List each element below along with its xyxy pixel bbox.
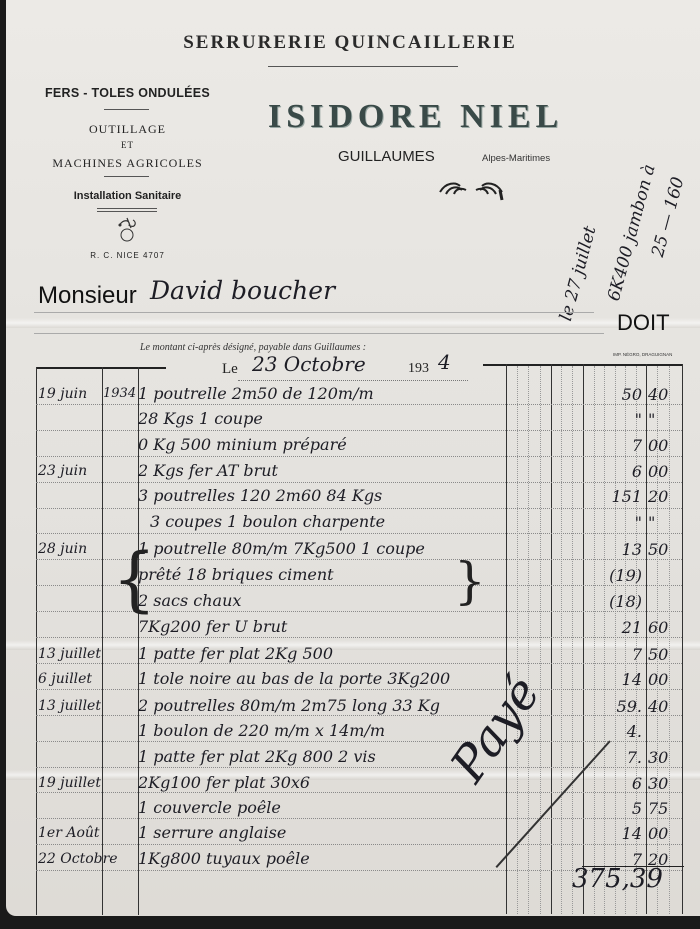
- company-name: ISIDORE NIEL: [268, 98, 563, 136]
- right-brace: }: [454, 552, 486, 610]
- address-line: [34, 333, 604, 334]
- left-brace: {: [112, 538, 157, 620]
- row-description: 2 Kgs fer AT brut: [138, 461, 278, 480]
- row-francs: 151: [582, 487, 642, 506]
- year-prefix: 193: [408, 361, 429, 377]
- row-francs: 21: [582, 618, 642, 637]
- table-row: 23 juin 2 Kgs fer AT brut 6 00: [36, 460, 696, 485]
- registration-number: R. C. NICE 4707: [20, 251, 235, 260]
- row-centimes: 60: [648, 618, 668, 637]
- row-date: 6 juillet: [38, 671, 92, 687]
- town-name: GUILLAUMES: [338, 148, 435, 165]
- row-centimes: ": [648, 410, 655, 429]
- row-centimes: 40: [648, 697, 668, 716]
- row-description: 1 patte fer plat 2Kg 800 2 vis: [138, 747, 376, 766]
- table-top-rule-left: [36, 367, 166, 369]
- table-row: 3 poutrelles 120 2m60 84 Kgs 151 20: [36, 485, 696, 510]
- divider: [104, 109, 149, 110]
- row-centimes: 30: [648, 774, 668, 793]
- row-date: 19 juin: [38, 386, 87, 402]
- row-centimes: 00: [648, 824, 668, 843]
- address-line: [34, 312, 594, 313]
- row-date: 22 Octobre: [38, 851, 118, 867]
- client-name: David boucher: [150, 276, 335, 305]
- printer-credit: IMP. NÉGRO, DRAGUIGNAN: [613, 352, 672, 357]
- region-name: Alpes-Maritimes: [482, 153, 550, 164]
- invoice-date: 23 Octobre: [252, 352, 366, 376]
- row-centimes: 40: [648, 385, 668, 404]
- row-description: 1 poutrelle 2m50 de 120m/m: [138, 384, 374, 403]
- row-francs: 59.: [582, 697, 642, 716]
- row-description: 1 patte fer plat 2Kg 500: [138, 644, 333, 663]
- table-row: 28 Kgs 1 coupe " ": [36, 408, 696, 433]
- row-francs: 4.: [582, 722, 642, 741]
- table-row: 1er Août 1 serrure anglaise 14 00: [36, 822, 696, 847]
- row-description: 1 tole noire au bas de la porte 3Kg200: [138, 669, 450, 688]
- row-description: 1Kg800 tuyaux poêle: [138, 849, 310, 868]
- table-row: 13 juillet 1 patte fer plat 2Kg 500 7 50: [36, 643, 696, 668]
- row-centimes: 20: [648, 487, 668, 506]
- salutation: Monsieur: [38, 282, 137, 310]
- row-francs: 5: [582, 799, 642, 818]
- letterhead-line-machines: MACHINES AGRICOLES: [20, 156, 235, 171]
- table-row: 1 couvercle poêle 5 75: [36, 797, 696, 822]
- row-date: 19 juillet: [38, 775, 101, 791]
- row-francs: 50: [582, 385, 642, 404]
- table-row: 13 juillet 2 poutrelles 80m/m 2m75 long …: [36, 695, 696, 720]
- row-description: 1 poutrelle 80m/m 7Kg500 1 coupe: [138, 539, 425, 558]
- row-centimes: 50: [648, 540, 668, 559]
- letterhead-line-et: ET: [20, 140, 235, 150]
- year-suffix: 4: [438, 350, 451, 374]
- row-francs: 14: [582, 670, 642, 689]
- row-description: 2Kg100 fer plat 30x6: [138, 773, 310, 792]
- row-francs: 7: [582, 436, 642, 455]
- divider: [104, 176, 149, 177]
- letterhead-line-sanitaire: Installation Sanitaire: [20, 190, 235, 202]
- row-description: 0 Kg 500 minium préparé: [138, 435, 347, 454]
- row-description: 28 Kgs 1 coupe: [138, 409, 263, 428]
- row-date: 13 juillet: [38, 698, 101, 714]
- row-francs: ": [582, 410, 642, 429]
- row-centimes: 00: [648, 436, 668, 455]
- row-francs: 6: [582, 462, 642, 481]
- row-date: 28 juin: [38, 541, 87, 557]
- row-description: 1 boulon de 220 m/m x 14m/m: [138, 721, 385, 740]
- table-row: 1 patte fer plat 2Kg 800 2 vis 7. 30: [36, 746, 696, 771]
- table-row: 19 juillet 2Kg100 fer plat 30x6 6 30: [36, 772, 696, 797]
- row-francs: ": [582, 513, 642, 532]
- row-centimes: 30: [648, 748, 668, 767]
- row-centimes: 50: [648, 645, 668, 664]
- date-line: [238, 380, 468, 381]
- row-francs: 14: [582, 824, 642, 843]
- row-centimes: ": [648, 513, 655, 532]
- double-rule: [97, 208, 157, 212]
- heading-ornament-rule: [268, 66, 458, 67]
- row-description: prêté 18 briques ciment: [138, 565, 334, 584]
- row-date: 13 juillet: [38, 646, 101, 662]
- monogram-emblem-icon: [113, 214, 143, 244]
- row-description: 2 poutrelles 80m/m 2m75 long 33 Kg: [138, 696, 440, 715]
- row-description: 3 coupes 1 boulon charpente: [150, 512, 385, 531]
- row-date: 1er Août: [38, 825, 100, 841]
- row-centimes: 00: [648, 462, 668, 481]
- row-centimes: 00: [648, 670, 668, 689]
- row-centimes: 75: [648, 799, 668, 818]
- table-row: 1 boulon de 220 m/m x 14m/m 4.: [36, 720, 696, 745]
- row-francs: (19): [582, 566, 642, 585]
- row-date: 23 juin: [38, 463, 87, 479]
- table-row: 3 coupes 1 boulon charpente " ": [36, 511, 696, 536]
- letterhead-line-outillage: OUTILLAGE: [20, 122, 235, 137]
- paper-fold: [6, 318, 700, 328]
- row-francs: 6: [582, 774, 642, 793]
- row-francs: (18): [582, 592, 642, 611]
- table-row: 0 Kg 500 minium préparé 7 00: [36, 434, 696, 459]
- table-row: 7Kg200 fer U brut 21 60: [36, 616, 696, 641]
- fleuron-ornament-icon: [436, 178, 506, 207]
- invoice-total: 375,39: [572, 864, 663, 894]
- row-francs: 7.: [582, 748, 642, 767]
- row-description: 3 poutrelles 120 2m60 84 Kgs: [138, 486, 382, 505]
- table-row: 6 juillet 1 tole noire au bas de la port…: [36, 668, 696, 693]
- row-francs: 7: [582, 645, 642, 664]
- row-description: 1 serrure anglaise: [138, 823, 286, 842]
- doit-label: DOIT: [617, 310, 670, 336]
- date-prefix: Le: [222, 361, 238, 378]
- letterhead-line-fers: FERS - TOLES ONDULÉES: [20, 86, 235, 100]
- row-year: 1934: [103, 386, 136, 401]
- trade-heading: SERRURERIE QUINCAILLERIE: [0, 32, 700, 54]
- row-francs: 13: [582, 540, 642, 559]
- table-row: 19 juin 1934 1 poutrelle 2m50 de 120m/m …: [36, 383, 696, 408]
- row-description: 1 couvercle poêle: [138, 798, 281, 817]
- row-description: 7Kg200 fer U brut: [138, 617, 287, 636]
